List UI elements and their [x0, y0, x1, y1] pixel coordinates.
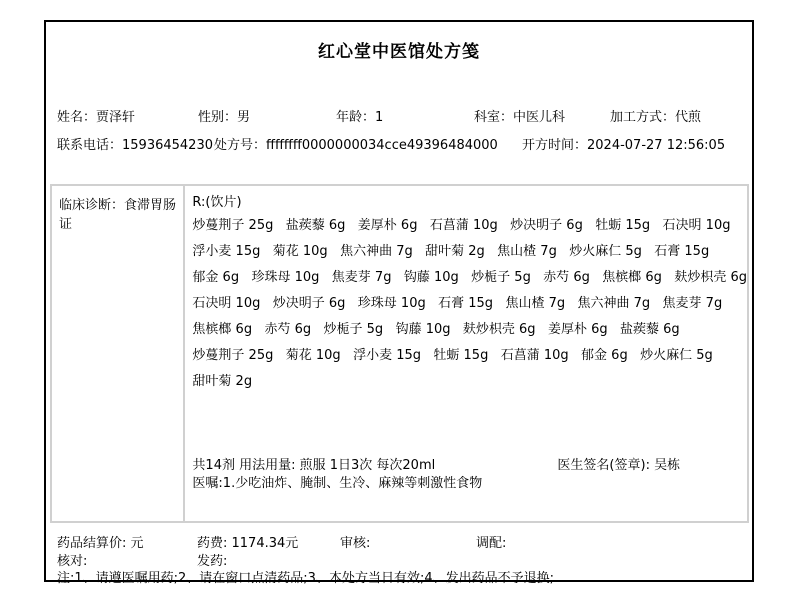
- settle-price-field: 药品结算价: 元: [57, 532, 144, 551]
- prescription-page: { "title": "红心堂中医馆处方笺", "patient": { "na…: [0, 0, 800, 600]
- rx-number-value: ffffffff0000000034cce49396484000: [266, 138, 498, 153]
- process-method-label: 加工方式：: [610, 110, 675, 125]
- phone-field: 联系电话：15936454230: [57, 134, 213, 153]
- patient-dept-label: 科室：: [474, 110, 513, 125]
- prescription-box: 临床诊断：食滞胃肠证 R:(饮片) 炒蔓荆子 25g 盐蒺藜 6g 姜厚朴 6g…: [50, 184, 749, 523]
- note-line: 注:1、请遵医嘱用药;2、请在窗口点清药品;3、本处方当日有效;4、发出药品不予…: [57, 567, 554, 586]
- patient-name-label: 姓名：: [57, 110, 96, 125]
- phone-label: 联系电话：: [57, 138, 122, 153]
- patient-name-value: 贾泽轩: [96, 110, 135, 125]
- settle-price-value: 元: [131, 536, 144, 551]
- patient-dept-field: 科室：中医儿科: [474, 106, 565, 125]
- settle-price-label: 药品结算价:: [57, 536, 131, 551]
- drug-line: 石决明 10g 炒决明子 6g 珍珠母 10g 石膏 15g 焦山楂 7g 焦六…: [192, 291, 747, 317]
- open-time-field: 开方时间：2024-07-27 12:56:05: [522, 134, 725, 153]
- patient-gender-label: 性别：: [198, 110, 237, 125]
- medical-advice: 医嘱:1.少吃油炸、腌制、生冷、麻辣等刺激性食物: [192, 472, 482, 491]
- drug-line: 焦槟榔 6g 赤芍 6g 炒栀子 5g 钩藤 10g 麸炒枳壳 6g 姜厚朴 6…: [192, 317, 747, 343]
- patient-age-field: 年龄：1: [336, 106, 383, 125]
- drug-line: 浮小麦 15g 菊花 10g 焦六神曲 7g 甜叶菊 2g 焦山楂 7g 炒火麻…: [192, 239, 747, 265]
- dispense-field: 调配:: [476, 532, 506, 551]
- drug-lines: 炒蔓荆子 25g 盐蒺藜 6g 姜厚朴 6g 石菖蒲 10g 炒决明子 6g 牡…: [192, 213, 747, 395]
- rx-cell: R:(饮片) 炒蔓荆子 25g 盐蒺藜 6g 姜厚朴 6g 石菖蒲 10g 炒决…: [185, 186, 747, 521]
- drug-line: 炒蔓荆子 25g 盐蒺藜 6g 姜厚朴 6g 石菖蒲 10g 炒决明子 6g 牡…: [192, 213, 747, 239]
- rx-number-field: 处方号：ffffffff0000000034cce49396484000: [214, 134, 498, 153]
- usage-line: 共14剂 用法用量: 煎服 1日3次 每次20ml: [192, 454, 435, 473]
- patient-name-field: 姓名：贾泽轩: [57, 106, 135, 125]
- fee-value: 1174.34元: [232, 536, 299, 551]
- patient-age-value: 1: [375, 110, 383, 125]
- review-field: 审核:: [340, 532, 370, 551]
- open-time-value: 2024-07-27 12:56:05: [587, 138, 725, 153]
- patient-gender-field: 性别：男: [198, 106, 250, 125]
- doctor-signature-label: 医生签名(签章):: [557, 458, 654, 473]
- process-method-value: 代煎: [675, 110, 701, 125]
- doctor-signature-value: 吴栋: [654, 458, 680, 473]
- fee-field: 药费: 1174.34元: [197, 532, 298, 551]
- phone-value: 15936454230: [122, 138, 213, 153]
- fee-label: 药费:: [197, 536, 232, 551]
- rx-header: R:(饮片): [192, 193, 747, 213]
- patient-gender-value: 男: [237, 110, 250, 125]
- page-title: 红心堂中医馆处方笺: [46, 37, 752, 62]
- doctor-signature: 医生签名(签章): 吴栋: [557, 454, 680, 473]
- patient-age-label: 年龄：: [336, 110, 375, 125]
- process-method-field: 加工方式：代煎: [610, 106, 701, 125]
- drug-line: 炒蔓荆子 25g 菊花 10g 浮小麦 15g 牡蛎 15g 石菖蒲 10g 郁…: [192, 343, 747, 369]
- open-time-label: 开方时间：: [522, 138, 587, 153]
- drug-line: 甜叶菊 2g: [192, 369, 747, 395]
- patient-dept-value: 中医儿科: [513, 110, 565, 125]
- diagnosis-cell: 临床诊断：食滞胃肠证: [52, 186, 185, 521]
- prescription-form: 红心堂中医馆处方笺 姓名：贾泽轩 性别：男 年龄：1 科室：中医儿科 加工方式：…: [44, 20, 754, 582]
- drug-line: 郁金 6g 珍珠母 10g 焦麦芽 7g 钩藤 10g 炒栀子 5g 赤芍 6g…: [192, 265, 747, 291]
- rx-number-label: 处方号：: [214, 138, 266, 153]
- diagnosis-label: 临床诊断：: [59, 198, 124, 213]
